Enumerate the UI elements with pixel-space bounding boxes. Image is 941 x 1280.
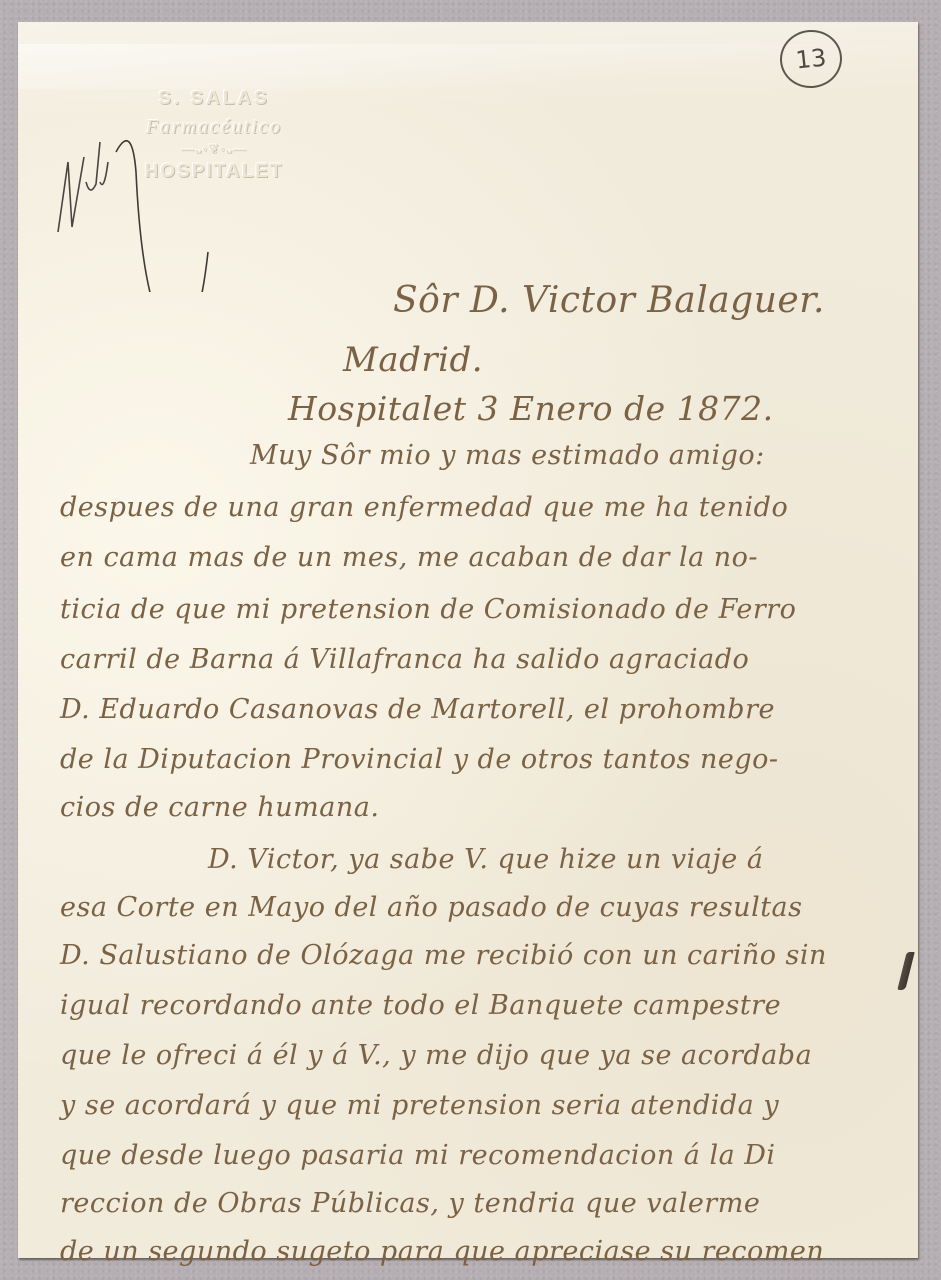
body-line: igual recordando ante todo el Banquete c… xyxy=(60,990,781,1021)
body-line: despues de una gran enfermedad que me ha… xyxy=(60,492,788,523)
dateline: Hospitalet 3 Enero de 1872. xyxy=(288,389,774,428)
body-line: esa Corte en Mayo del año pasado de cuya… xyxy=(60,892,803,923)
body-line: reccion de Obras Públicas, y tendria que… xyxy=(60,1188,760,1219)
body-line: en cama mas de un mes, me acaban de dar … xyxy=(60,542,758,573)
addressee-city: Madrid. xyxy=(343,340,483,380)
body-line: que le ofreci á él y á V., y me dijo que… xyxy=(60,1040,812,1071)
body-line: de la Diputacion Provincial y de otros t… xyxy=(60,744,779,775)
body-line: de un segundo sugeto para que apreciase … xyxy=(60,1236,824,1267)
letter-page: S. SALAS Farmacéutico —ᴗ◦❦◦ᴗ— HOSPITALET… xyxy=(18,22,918,1258)
body-line: carril de Barna á Villafranca ha salido … xyxy=(60,644,749,675)
pencil-margin-note-icon xyxy=(38,102,218,292)
ink-blot xyxy=(897,952,914,990)
body-line: D. Salustiano de Olózaga me recibió con … xyxy=(60,940,827,971)
body-line: D. Eduardo Casanovas de Martorell, el pr… xyxy=(60,694,775,725)
addressee: Sôr D. Victor Balaguer. xyxy=(393,280,825,321)
body-line: D. Victor, ya sabe V. que hize un viaje … xyxy=(208,844,763,875)
body-line: que desde luego pasaria mi recomendacion… xyxy=(60,1140,776,1171)
body-line: cios de carne humana. xyxy=(60,792,379,823)
body-line: y se acordará y que mi pretension seria … xyxy=(60,1090,779,1121)
body-line: ticia de que mi pretension de Comisionad… xyxy=(60,594,796,625)
body-line: Muy Sôr mio y mas estimado amigo: xyxy=(250,440,765,471)
